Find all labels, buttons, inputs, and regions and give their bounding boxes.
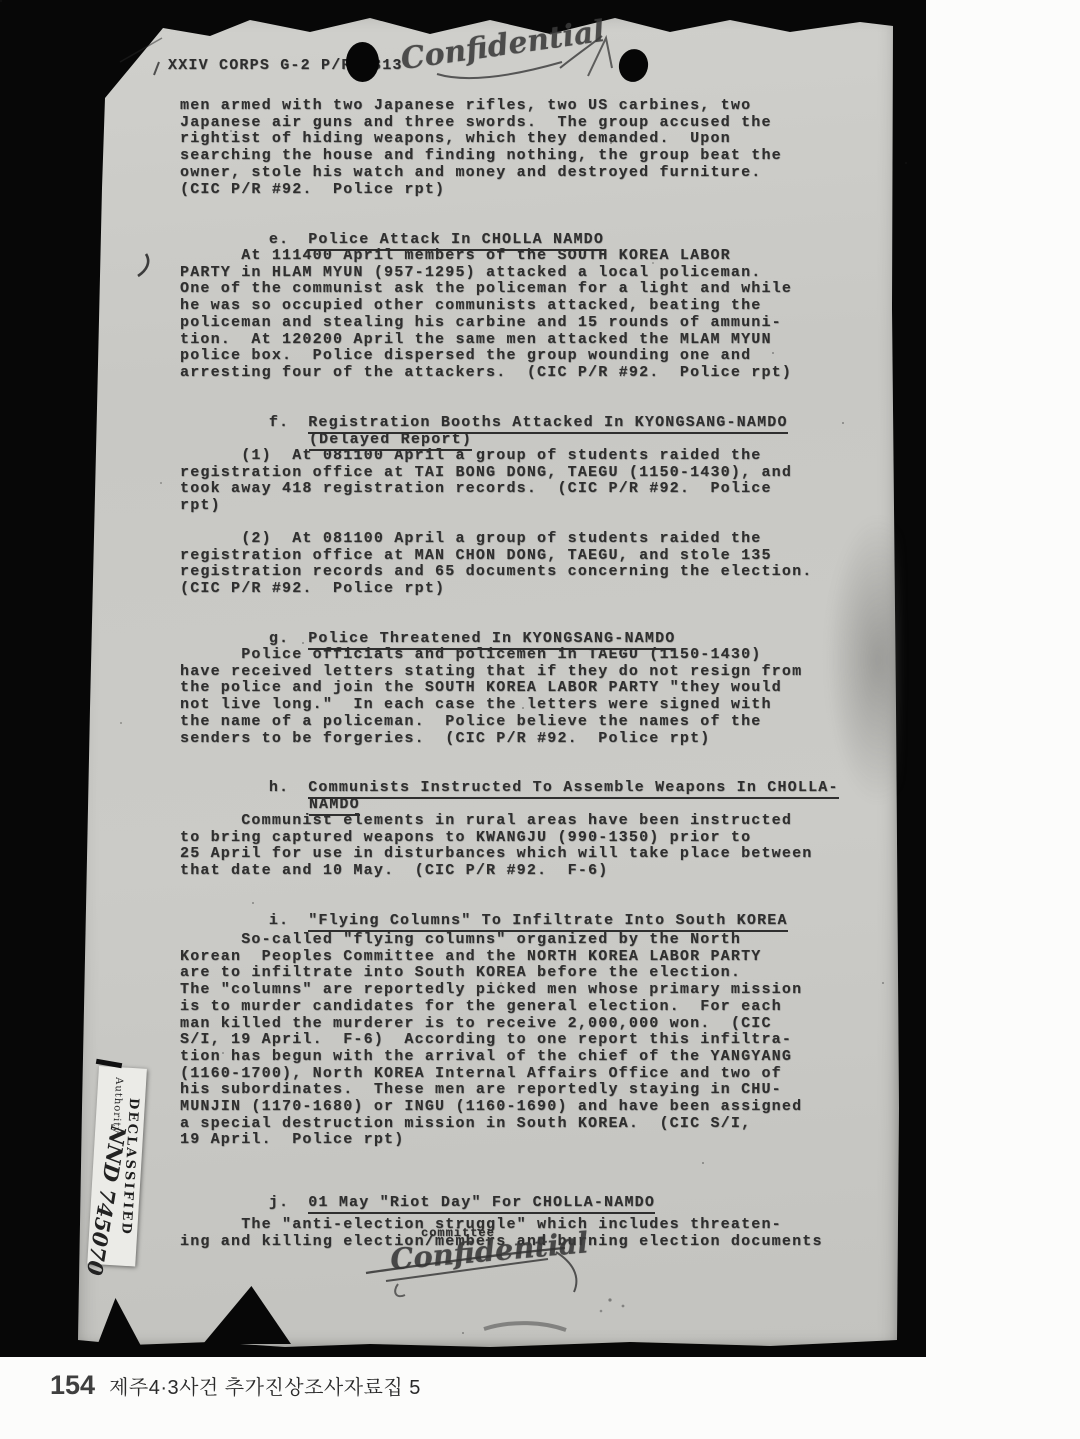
section-i-body: So-called "flying columns" organized by … xyxy=(180,932,802,1149)
book-title: 제주4·3사건 추가진상조사자료집 5 xyxy=(109,1371,421,1400)
section-i-title: "Flying Columns" To Infiltrate Into Sout… xyxy=(308,912,787,932)
section-i-label: i. xyxy=(269,912,289,929)
paper-specks xyxy=(0,0,2,2)
section-f-body-2: (2) At 081100 April a group of students … xyxy=(180,531,813,598)
section-f-body-1: (1) At 081100 April a group of students … xyxy=(180,448,792,515)
section-e-label: e. xyxy=(269,231,289,248)
section-j-title: 01 May "Riot Day" For CHOLLA-NAMDO xyxy=(308,1194,655,1214)
section-e-body: At 111400 April members of the SOUTH KOR… xyxy=(180,248,792,382)
page-number: 154 xyxy=(50,1370,95,1401)
section-g-label: g. xyxy=(269,630,289,647)
section-g-body: Police officials and policemen in TAEGU … xyxy=(180,647,802,747)
section-h-title: Communists Instructed To Assemble Weapon… xyxy=(308,779,838,799)
paper-stain xyxy=(826,515,900,805)
section-j-label: j. xyxy=(269,1194,289,1211)
section-h-body: Communist elements in rural areas have b… xyxy=(180,813,813,880)
intro-paragraph: men armed with two Japanese rifles, two … xyxy=(180,98,782,198)
punch-hole-icon xyxy=(346,42,379,82)
book-page: XXIV CORPS G-2 P/R #813 men armed with t… xyxy=(0,0,1080,1439)
book-footer: 154 제주4·3사건 추가진상조사자료집 5 xyxy=(50,1370,421,1401)
